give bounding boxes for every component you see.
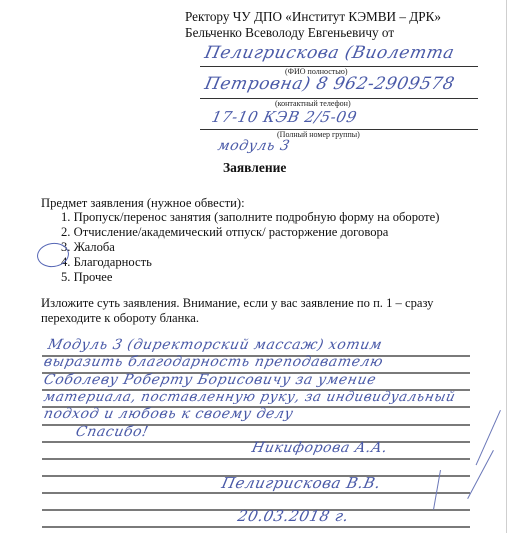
caption-phone: (контактный телефон)	[275, 99, 351, 108]
handwritten-phone: Петровна) 8 962-2909578	[203, 74, 457, 94]
option-text: Отчисление/академический отпуск/ расторж…	[74, 225, 389, 239]
statement-line-4: материала, поставленную руку, за индивид…	[42, 389, 457, 405]
document-title: Заявление	[223, 160, 286, 176]
option-1: 1. Пропуск/перенос занятия (заполните по…	[61, 210, 439, 225]
option-5: 5. Прочее	[61, 270, 113, 285]
statement-line-2: выразить благодарность преподавателю	[42, 354, 384, 370]
option-number: 5.	[61, 270, 70, 284]
signature-scribble-icon	[467, 450, 494, 499]
option-3: 3. Жалоба	[61, 240, 115, 255]
signature-date: 20.03.2018 г.	[236, 507, 351, 525]
subject-label: Предмет заявления (нужное обвести):	[41, 196, 245, 211]
statement-line-5: подход и любовь к своему делу	[42, 406, 295, 422]
addressee-line-2: Бельченко Всеволоду Евгеньевичу от	[185, 25, 394, 40]
statement-rule	[42, 458, 470, 460]
statement-rule	[42, 526, 470, 528]
statement-rule	[42, 492, 470, 494]
statement-line-3: Соболеву Роберту Борисовичу за умение	[42, 372, 378, 388]
handwritten-module: модуль 3	[216, 138, 291, 154]
option-text: Жалоба	[74, 240, 115, 254]
addressee-line-1: Ректору ЧУ ДПО «Институт КЭМВИ – ДРК»	[185, 9, 441, 24]
statement-line-1: Модуль 3 (директорский массаж) хотим	[46, 337, 383, 353]
option-4: 4. Благодарность	[61, 255, 152, 270]
handwritten-group: 17-10 КЭВ 2/5-09	[210, 108, 359, 126]
signature-name-2: Пелигрискова В.В.	[220, 474, 382, 492]
option-text: Пропуск/перенос занятия (заполните подро…	[74, 210, 440, 224]
signature-name-1: Никифорова А.А.	[250, 440, 389, 456]
instructions-line-1: Изложите суть заявления. Внимание, если …	[41, 296, 433, 311]
option-number: 2.	[61, 225, 70, 239]
instructions-line-2: переходите к обороту бланка.	[41, 311, 199, 326]
option-number: 1.	[61, 210, 70, 224]
statement-line-6: Спасибо!	[74, 424, 150, 440]
option-text: Прочее	[74, 270, 113, 284]
option-text: Благодарность	[74, 255, 152, 269]
handwritten-name-1: Пелигрискова (Виолетта	[203, 43, 456, 63]
option-2: 2. Отчисление/академический отпуск/ раст…	[61, 225, 388, 240]
page-edge	[506, 0, 507, 533]
